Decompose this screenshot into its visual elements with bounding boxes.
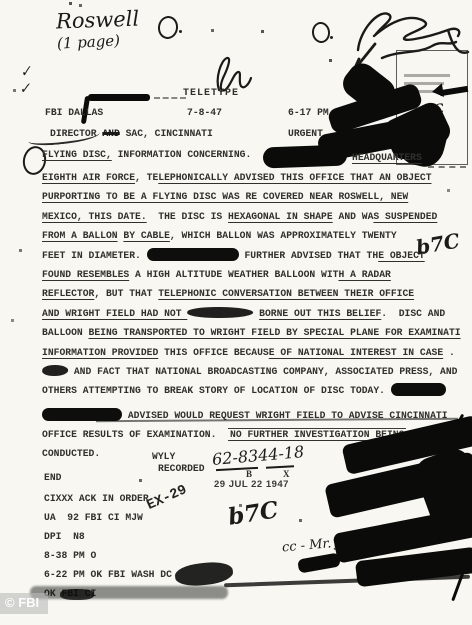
redaction-bar xyxy=(263,145,348,169)
addressee-sac: SAC, CINCINNATI xyxy=(120,128,213,139)
text-segment: TELEPHONIC CONVERSATION BETWEEN THEIR OF… xyxy=(158,288,414,299)
addressee-struck-word: AND xyxy=(102,128,119,139)
teletype-footer-line: UA 92 FBI CI MJW xyxy=(44,508,172,527)
subject-rest: INFORMATION CONCERNING. xyxy=(112,149,252,160)
teletype-line: REFLECTOR, BUT THAT TELEPHONIC CONVERSAT… xyxy=(42,284,466,303)
text-segment: AND FACT THAT NATIONAL BROADCASTING COMP… xyxy=(68,366,458,377)
teletype-line: OTHERS ATTEMPTING TO BREAK STORY OF LOCA… xyxy=(42,381,466,400)
teletype-line: FOUND RESEMBLES A HIGH ALTITUDE WEATHER … xyxy=(42,265,466,284)
text-segment: OTHERS ATTEMPTING TO BREAK STORY OF LOCA… xyxy=(42,385,391,396)
teletype-footer-line: 8-38 PM O xyxy=(44,546,172,565)
text-segment: , BUT THAT xyxy=(94,288,158,299)
teletype-line: MEXICO, THIS DATE. THE DISC IS HEXAGONAL… xyxy=(42,207,466,226)
subject-line: FLYING DISC, INFORMATION CONCERNING. xyxy=(42,149,251,160)
ink-smear-line xyxy=(224,575,470,588)
handwritten-page-count: (1 page) xyxy=(57,31,121,52)
text-segment: THE DISC IS xyxy=(147,211,228,222)
text-segment: E OF NATIONAL INTEREST IN CASE xyxy=(269,347,443,358)
redaction-bar xyxy=(297,552,341,573)
teletype-line: PURPORTING TO BE A FLYING DISC WAS RE CO… xyxy=(42,187,466,206)
index-stamp-mark: X xyxy=(283,469,290,479)
ink-smudge xyxy=(60,589,94,600)
redaction-bar xyxy=(147,248,239,261)
redaction-bar xyxy=(42,408,122,421)
text-segment: H A RADAR xyxy=(339,269,391,280)
text-segment: LEPHONICALLY ADVISED THIS OFFICE THAT AN… xyxy=(158,172,431,183)
text-segment: BORNE OUT THIS BELIEF xyxy=(259,308,381,319)
text-segment: MEXICO, THIS DATE. xyxy=(42,211,147,222)
text-segment: FEET IN DIAMETER. xyxy=(42,250,147,261)
subject-underlined: FLYING DISC, xyxy=(42,149,112,160)
teletype-line: FROM A BALLON BY CABLE, WHICH BALLON WAS… xyxy=(42,226,466,245)
priority-label: URGENT xyxy=(288,128,323,139)
teletype-footer-line: DPI N8 xyxy=(44,527,172,546)
check-mark: ✓ xyxy=(18,80,32,97)
text-segment: S SUSPENDED xyxy=(373,211,437,222)
text-segment: , TE xyxy=(135,172,158,183)
teletype-line: AND WRIGHT FIELD HAD NOT BORNE OUT THIS … xyxy=(42,304,466,323)
text-segment: AND WRIGHT FIELD HAD NOT xyxy=(42,308,187,319)
teletype-line: AND FACT THAT NATIONAL BROADCASTING COMP… xyxy=(42,362,466,381)
teletype-footer-line: 6-22 PM OK FBI WASH DC xyxy=(44,565,172,584)
faded-stamp-text xyxy=(404,74,450,77)
origin-office: FBI DALLAS xyxy=(45,107,103,118)
text-segment: PURPORTING TO BE A FLYING DISC WAS RE CO… xyxy=(42,191,408,202)
handwritten-title: Roswell xyxy=(56,7,140,34)
text-segment: THIS OFFICE BECAUS xyxy=(158,347,268,358)
teletype-line: EIGHTH AIR FORCE, TELEPHONICALLY ADVISED… xyxy=(42,168,466,187)
text-segment: FURTHER ADVISED THAT TH xyxy=(239,250,379,261)
text-segment: FROM A BALLON xyxy=(42,230,118,241)
text-segment: EIGHTH AIR FORCE xyxy=(42,172,135,183)
text-segment: CONDUCTED. xyxy=(42,448,100,459)
pen-swoosh xyxy=(28,127,101,147)
text-segment: HEXAGONAL IN SHAPE xyxy=(228,211,333,222)
fbi-watermark: © FBI xyxy=(0,593,48,614)
teletype-footer-line: CIXXX ACK IN ORDER xyxy=(44,489,172,508)
scan-noise xyxy=(0,0,1,1)
message-date: 7-8-47 xyxy=(187,107,222,118)
ink-smudge xyxy=(41,365,69,376)
text-segment: AND WA xyxy=(333,211,374,222)
pen-dashes xyxy=(154,97,186,99)
text-segment: . xyxy=(443,347,455,358)
text-segment: INFORMATION PROVIDED xyxy=(42,347,158,358)
teletype-line: FEET IN DIAMETER. FURTHER ADVISED THAT T… xyxy=(42,246,466,265)
check-mark: ✓ xyxy=(18,63,33,81)
message-time: 6-17 PM xyxy=(288,107,329,118)
text-segment: A HIGH ALTITUDE WEATHER BALLOON WIT xyxy=(129,269,338,280)
text-segment: BALLOON xyxy=(42,327,89,338)
headquarters-label: HEADQUARTERS xyxy=(352,152,422,163)
teletype-line: INFORMATION PROVIDED THIS OFFICE BECAUSE… xyxy=(42,343,466,362)
text-segment: . DISC AND xyxy=(381,308,445,319)
teletype-line: BALLOON BEING TRANSPORTED TO WRIGHT FIEL… xyxy=(42,323,466,342)
pen-dot xyxy=(179,30,182,33)
reviewer-circle-mark xyxy=(156,15,179,41)
text-segment: FOUND RESEMBLES xyxy=(42,269,129,280)
text-segment: , WHICH BALLON WAS APPROXIMATELY TWENTY xyxy=(170,230,397,241)
index-stamp-mark: B xyxy=(246,469,252,479)
redaction-bar xyxy=(391,383,446,396)
text-segment: BY CABLE xyxy=(123,230,170,241)
text-segment: BEING TRANSPORTED TO WRIGHT FIELD BY SPE… xyxy=(89,327,461,338)
doc-type-heading: TELETYPE xyxy=(183,88,239,99)
recorded-stamp-wyly: WYLY xyxy=(152,451,175,462)
recorded-stamp-label: RECORDED xyxy=(158,463,205,474)
end-label: END xyxy=(44,472,61,483)
reviewer-circle-mark xyxy=(311,21,331,44)
exemption-code-b7c: b7C xyxy=(226,496,280,531)
text-segment: OFFICE RESULTS OF EXAMINATION. xyxy=(42,429,228,440)
scanned-document-page: Roswell (1 page) RA b7C ✓ ✓ TELETYPE xyxy=(0,0,472,625)
pen-stroke xyxy=(88,94,150,101)
text-segment: REFLECTOR xyxy=(42,288,94,299)
date-received-stamp: 29 JUL 22 1947 xyxy=(214,479,289,490)
ink-smudge xyxy=(187,307,255,318)
